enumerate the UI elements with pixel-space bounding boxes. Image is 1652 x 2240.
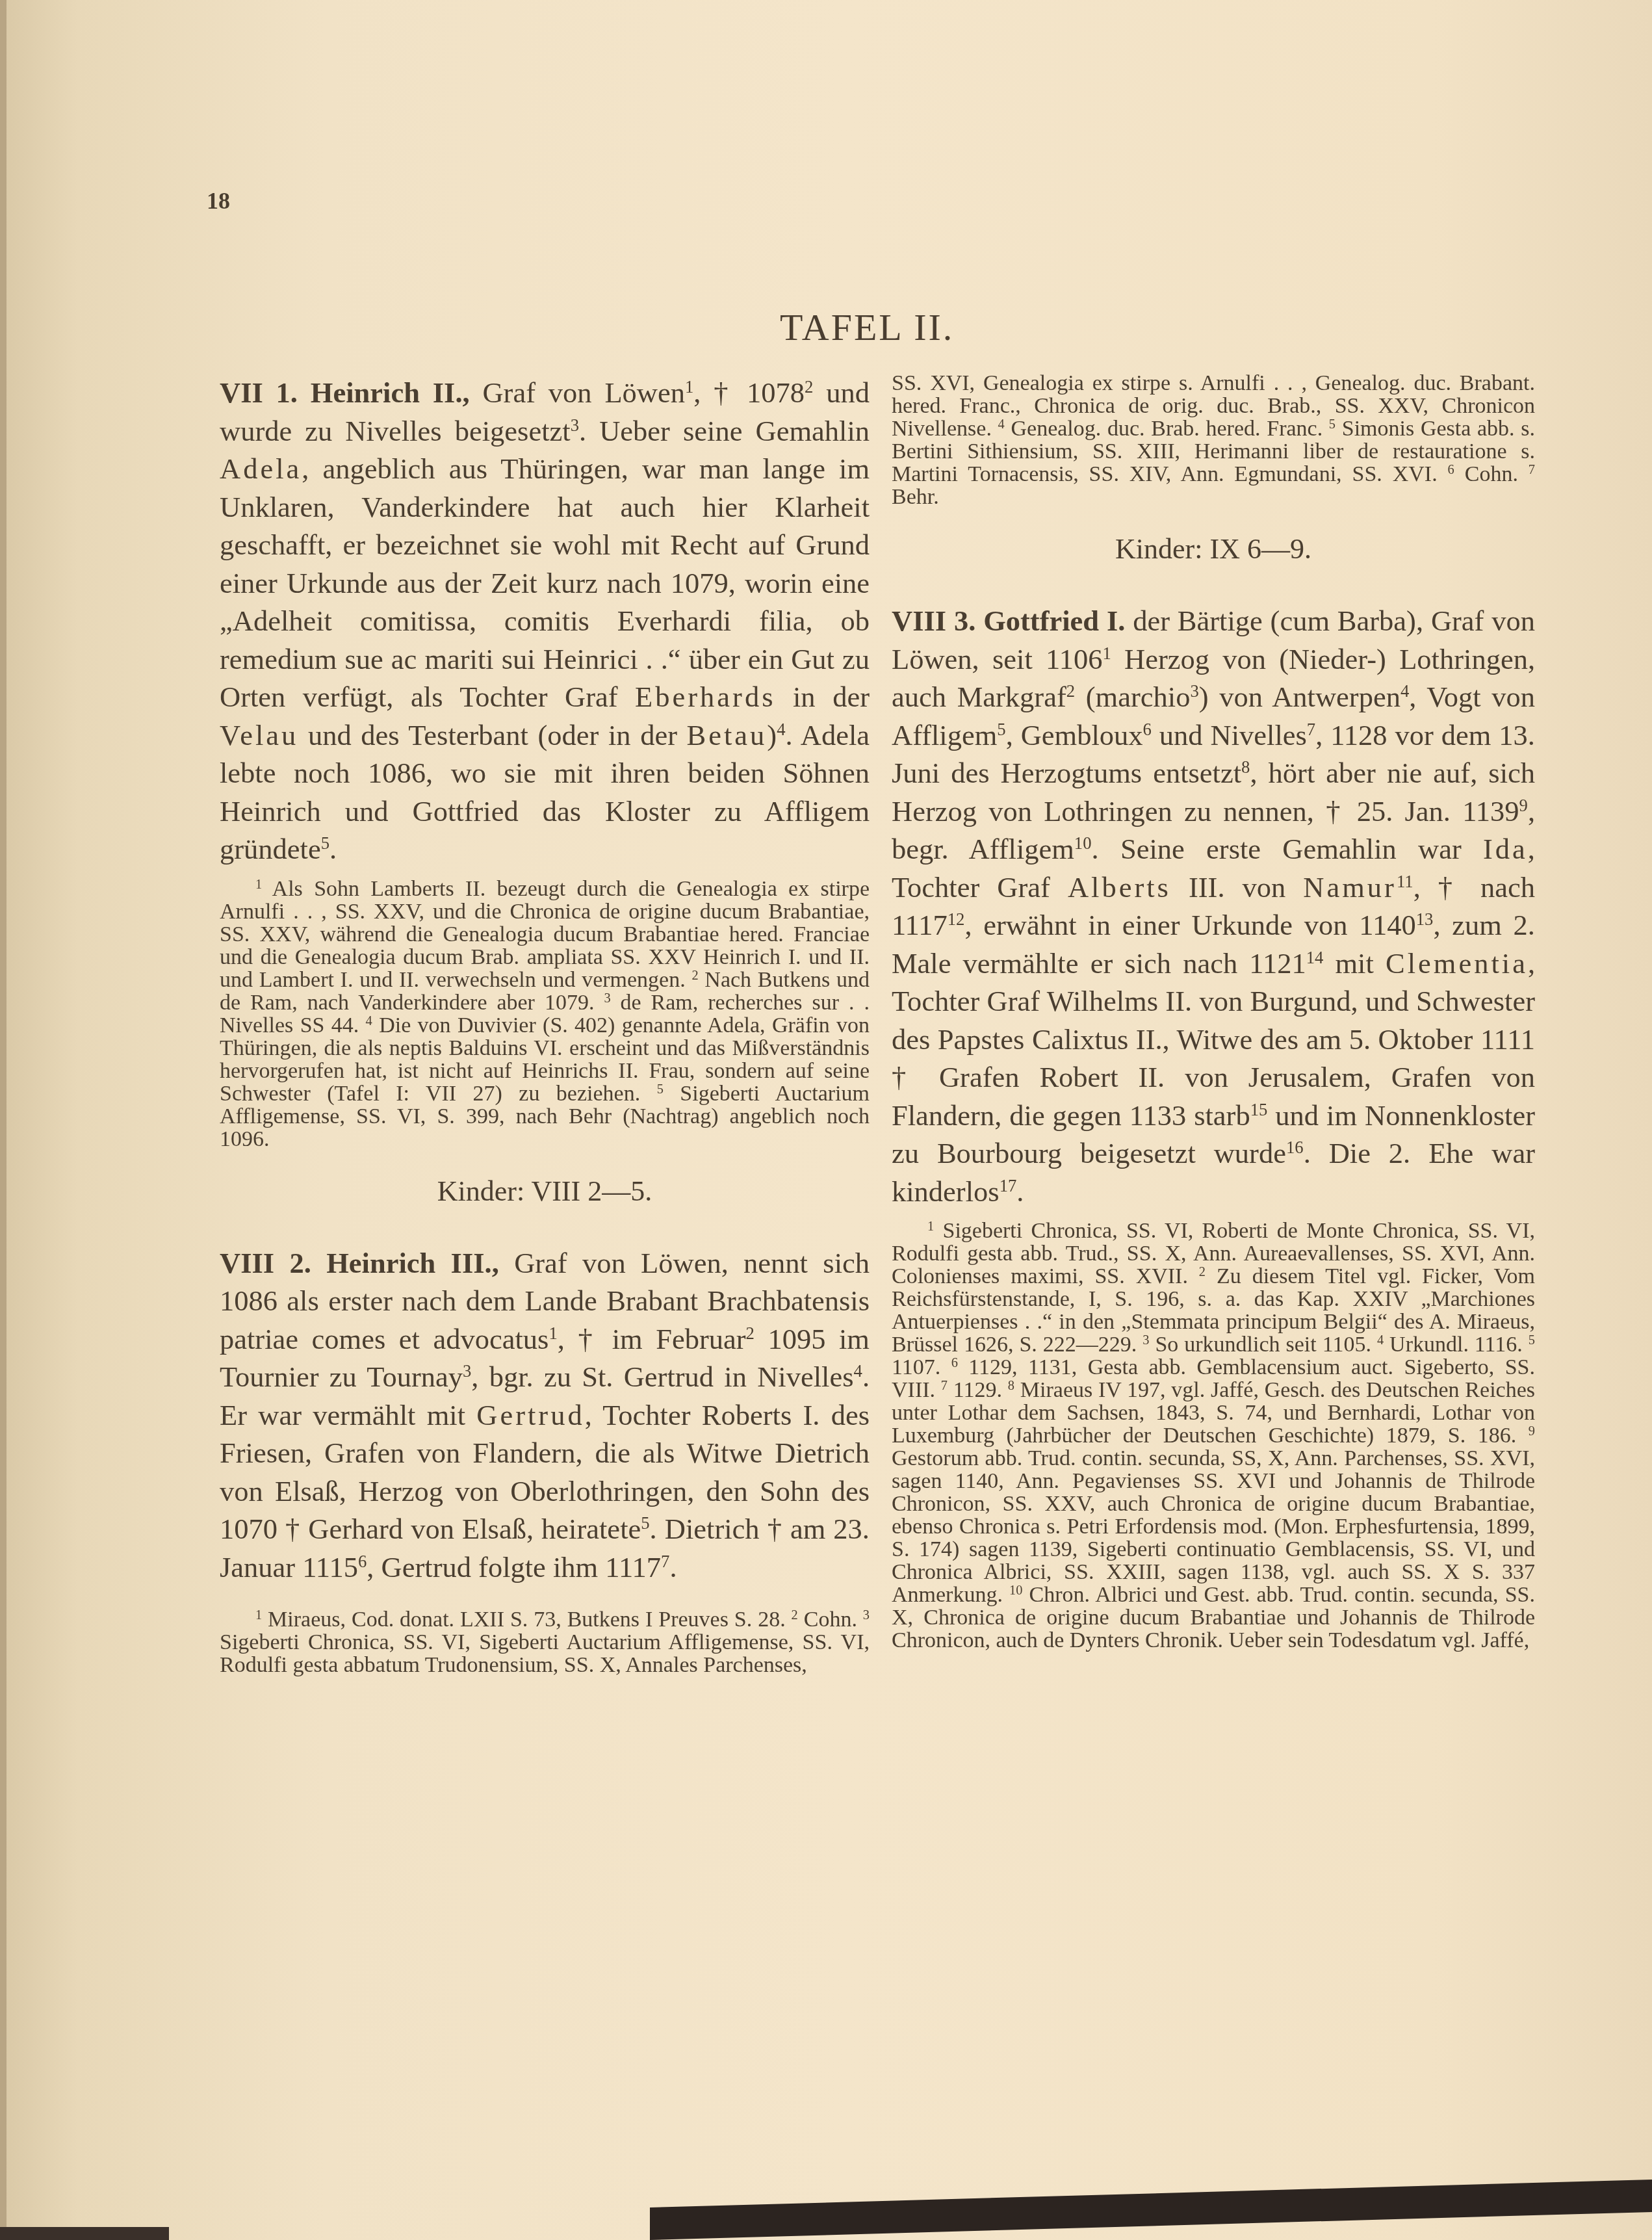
scan-shadow-bottom [650, 2180, 1652, 2240]
spouse-name: Clementia [1386, 947, 1528, 980]
entry-id: VII 1. [220, 376, 298, 409]
person-name: Gottfried I. [983, 605, 1125, 637]
footnotes-viii-2-continued: SS. XVI, Genealogia ex stirpe s. Arnulfi… [892, 372, 1535, 508]
right-column: SS. XVI, Genealogia ex stirpe s. Arnulfi… [892, 372, 1535, 1652]
scan-shadow-left [0, 2227, 169, 2240]
children-reference: Kinder: VIII 2—5. [220, 1173, 870, 1210]
spouse-name: Ida [1483, 833, 1528, 865]
footnotes-viii-2: 1 Miraeus, Cod. donat. LXII S. 73, Butke… [220, 1608, 870, 1676]
spouse-name: Adela [220, 452, 302, 485]
entry-vii-1: VII 1. Heinrich II., Graf von Löwen1, † … [220, 374, 870, 868]
children-reference: Kinder: IX 6—9. [892, 530, 1535, 568]
footnotes-viii-3: 1 Sigeberti Chronica, SS. VI, Roberti de… [892, 1219, 1535, 1652]
entry-id: VIII 2. [220, 1247, 311, 1279]
person-name: Heinrich II., [311, 376, 470, 409]
page-number: 18 [207, 187, 230, 215]
person-name: Heinrich III., [326, 1247, 499, 1279]
book-spine-edge [0, 0, 6, 2240]
spouse-name: Gertrud [476, 1399, 584, 1431]
left-column: VII 1. Heinrich II., Graf von Löwen1, † … [220, 374, 870, 1676]
footnotes-vii-1: 1 Als Sohn Lamberts II. bezeugt durch di… [220, 878, 870, 1151]
page-title: TAFEL II. [780, 306, 954, 349]
entry-viii-3: VIII 3. Gottfried I. der Bärtige (cum Ba… [892, 602, 1535, 1210]
entry-id: VIII 3. [892, 605, 975, 637]
entry-viii-2: VIII 2. Heinrich III., Graf von Löwen, n… [220, 1244, 870, 1587]
